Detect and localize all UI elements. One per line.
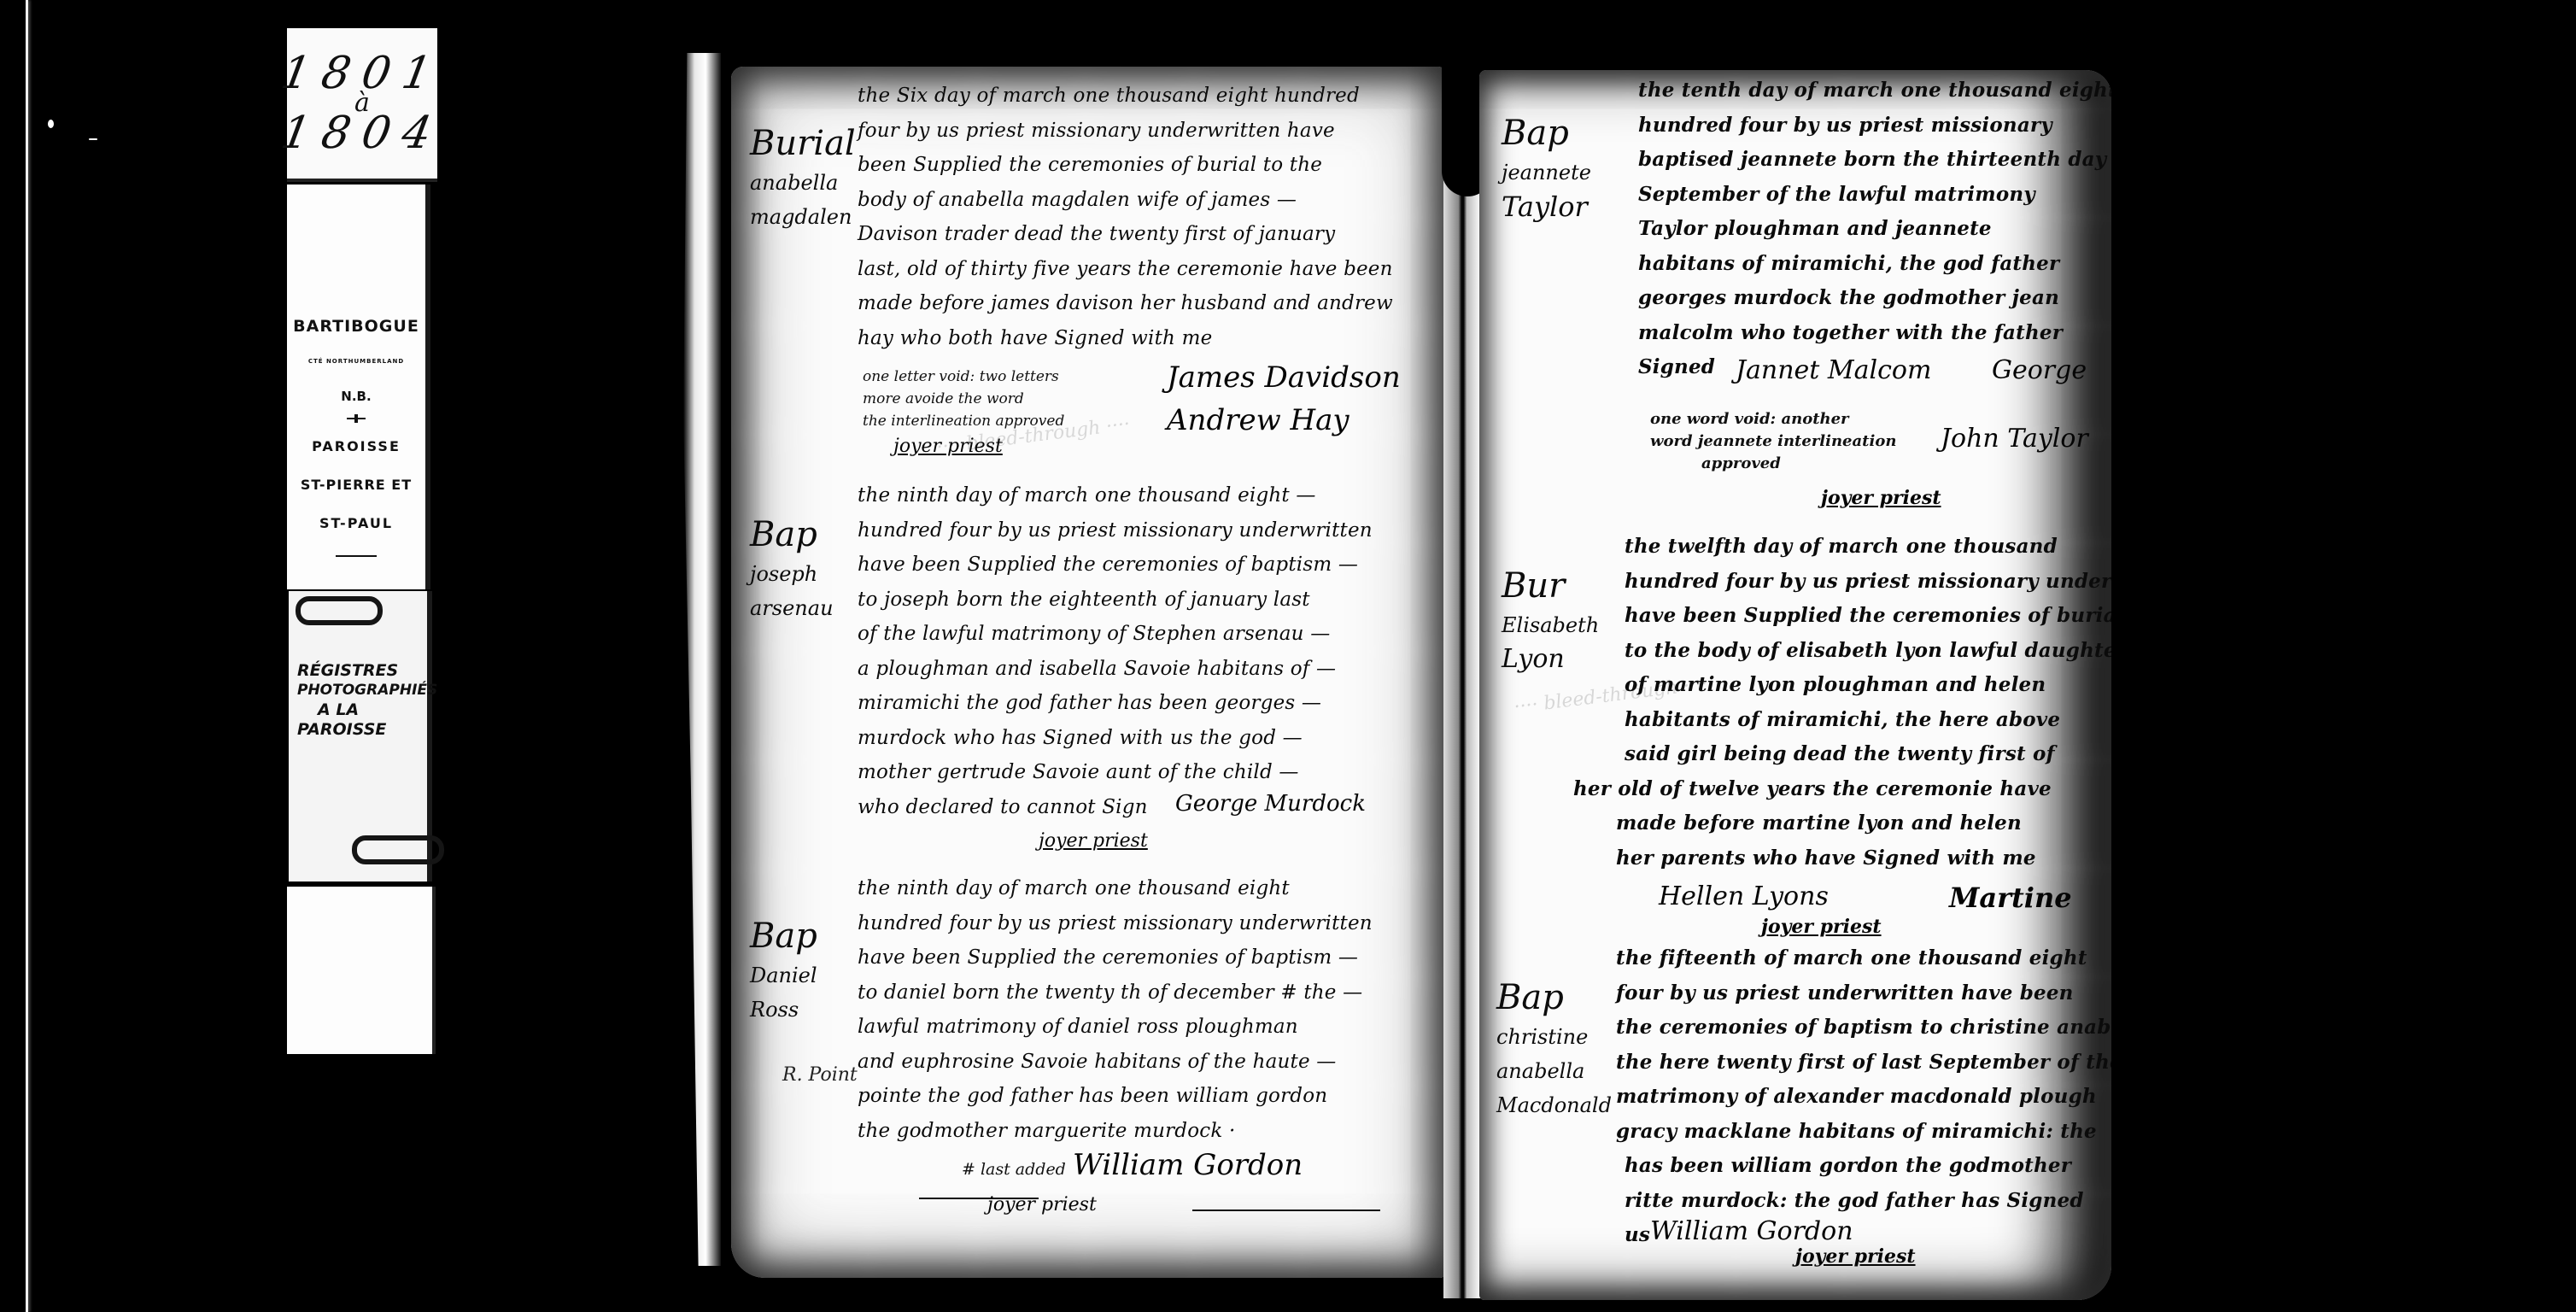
text-line: hundred four by us priest missionary und… xyxy=(858,906,1425,941)
entry-type: Bap xyxy=(1496,978,1564,1017)
entry-text: the twelfth day of march one thousand hu… xyxy=(1625,530,2091,876)
priest-signature: joyer priest xyxy=(1795,1245,1916,1268)
priest-signature: joyer priest xyxy=(893,436,1003,457)
entry-margin: Bap jeannete Taylor xyxy=(1502,111,1604,224)
text-line: have been Supplied the ceremonies of bur… xyxy=(1625,599,2091,634)
margin-name: Daniel xyxy=(750,958,852,993)
text-line: lawful matrimony of daniel ross ploughma… xyxy=(858,1010,1425,1045)
film-speck xyxy=(89,138,97,140)
margin-name: Elisabeth xyxy=(1502,608,1604,642)
text-line: said girl being dead the twenty first of xyxy=(1625,737,2091,772)
text-line: four by us priest missionary underwritte… xyxy=(858,114,1425,149)
margin-name: magdalen xyxy=(750,200,852,234)
entry-margin: Burial anabella magdalen xyxy=(750,121,852,234)
text-line: habitans of miramichi, the god father xyxy=(1638,247,2091,282)
paper-clip-icon xyxy=(352,835,444,864)
signature: Hellen Lyons xyxy=(1659,881,1829,911)
signature: George Murdock xyxy=(1175,791,1366,817)
margin-name: Taylor xyxy=(1502,190,1604,224)
signature: William Gordon xyxy=(1650,1216,1853,1246)
place-name: BARTIBOGUE xyxy=(293,317,419,336)
tag-blank-end xyxy=(287,887,436,1054)
text-line: September of the lawful matrimony xyxy=(1638,178,2091,213)
flourish-line xyxy=(1192,1209,1380,1211)
register-right-page: ···· bleed-through ···· Bap jeannete Tay… xyxy=(1479,70,2111,1300)
margin-name: jeannete xyxy=(1502,155,1604,190)
note-line: one letter void: two letters xyxy=(863,366,1064,388)
text-line: hay who both have Signed with me xyxy=(858,321,1425,356)
correction-note: one word void: another word jeannete int… xyxy=(1650,408,1896,475)
entry-text: the ninth day of march one thousand eigh… xyxy=(858,871,1425,1148)
text-line: malcolm who together with the father xyxy=(1638,316,2091,351)
signature: George xyxy=(1992,355,2087,385)
margin-name: Macdonald xyxy=(1496,1088,1599,1122)
film-speck xyxy=(48,120,54,128)
text-line: miramichi the god father has been george… xyxy=(858,686,1425,721)
signature: Martine xyxy=(1949,881,2072,914)
entry-type: Bap xyxy=(750,917,817,956)
text-line: hundred four by us priest missionary und… xyxy=(1625,565,2091,600)
text-line: the fifteenth of march one thousand eigh… xyxy=(1616,941,2091,976)
parish-label: PAROISSE xyxy=(312,438,401,454)
saints-line-2: ST-PAUL xyxy=(319,515,393,531)
signature: John Taylor xyxy=(1941,424,2088,454)
text-line: baptised jeannete born the thirteenth da… xyxy=(1638,143,2091,178)
text-line: a ploughman and isabella Savoie habitans… xyxy=(858,652,1425,687)
note-line: approved xyxy=(1650,453,1896,475)
text-line: made before martine lyon and helen xyxy=(1616,806,2091,841)
note-line: more avoide the word xyxy=(863,388,1064,410)
text-line: body of anabella magdalen wife of james … xyxy=(858,183,1425,218)
priest-signature: joyer priest xyxy=(1821,487,1941,509)
text-line: of martine lyon ploughman and helen xyxy=(1625,668,2091,703)
entry-type: Bur xyxy=(1502,566,1565,606)
text-line: pointe the god father has been william g… xyxy=(858,1079,1425,1114)
entry-type: Bap xyxy=(750,515,817,554)
film-edge-line xyxy=(26,0,28,1312)
parish-label-tag: BARTIBOGUE CTÉ NORTHUMBERLAND N.B. PAROI… xyxy=(287,184,430,589)
year-range-label: 1801 à 1804 xyxy=(287,28,437,182)
note-line: PHOTOGRAPHIÉS xyxy=(297,681,427,700)
margin-name: Ross xyxy=(750,993,852,1027)
text-line: to joseph born the eighteenth of january… xyxy=(858,583,1425,618)
text-line: four by us priest underwritten have been xyxy=(1616,976,2091,1011)
text-line: her parents who have Signed with me xyxy=(1616,841,2091,876)
text-line: the here twenty first of last September … xyxy=(1616,1045,2091,1081)
signature: James Davidson xyxy=(1167,360,1401,395)
margin-name: joseph xyxy=(750,557,852,591)
note-line: word jeannete interlineation xyxy=(1650,430,1896,453)
text-line: of the lawful matrimony of Stephen arsen… xyxy=(858,617,1425,652)
margin-name: christine xyxy=(1496,1020,1599,1054)
entry-type: Burial xyxy=(750,124,856,163)
entry-text: the tenth day of march one thousand eigh… xyxy=(1638,73,2091,385)
text-line: the godmother marguerite murdock · xyxy=(858,1114,1425,1149)
text-line: made before james davison her husband an… xyxy=(858,286,1425,321)
province-name: N.B. xyxy=(341,389,371,404)
margin-name: arsenau xyxy=(750,591,852,625)
entry-text: the fifteenth of march one thousand eigh… xyxy=(1616,941,2091,1253)
text-line: the tenth day of march one thousand eigh… xyxy=(1638,73,2091,108)
text-line: the twelfth day of march one thousand xyxy=(1625,530,2091,565)
signature: Jannet Malcom xyxy=(1736,355,1931,385)
correction-note: one letter void: two letters more avoide… xyxy=(863,366,1064,432)
text-line: to daniel born the twenty th of december… xyxy=(858,975,1425,1010)
text-line: her old of twelve years the ceremonie ha… xyxy=(1573,772,2091,807)
note-line: one word void: another xyxy=(1650,408,1896,430)
margin-name: anabella xyxy=(750,166,852,200)
text-line: mother gertrude Savoie aunt of the child… xyxy=(858,755,1425,790)
text-line: and euphrosine Savoie habitans of the ha… xyxy=(858,1045,1425,1080)
note-line: the interlineation approved xyxy=(863,410,1064,432)
text-line: gracy macklane habitans of miramichi: th… xyxy=(1616,1115,2091,1150)
entry-text: the ninth day of march one thousand eigh… xyxy=(858,478,1425,824)
book-cover-edge xyxy=(683,53,721,1266)
text-line: Taylor ploughman and jeannete xyxy=(1638,212,2091,247)
text-line: been Supplied the ceremonies of burial t… xyxy=(858,148,1425,183)
county-name: CTÉ NORTHUMBERLAND xyxy=(308,358,404,365)
text-line: matrimony of alexander macdonald plough xyxy=(1616,1080,2091,1115)
text-line: murdock who has Signed with us the god — xyxy=(858,721,1425,756)
signature: Andrew Hay xyxy=(1167,403,1349,437)
entry-text: the Six day of march one thousand eight … xyxy=(858,79,1425,355)
paper-clip-icon xyxy=(296,596,383,625)
text-line: the ceremonies of baptism to christine a… xyxy=(1616,1010,2091,1045)
priest-signature: joyer priest xyxy=(987,1194,1097,1215)
saints-line-1: ST-PIERRE ET xyxy=(301,477,412,493)
text-line: the Six day of march one thousand eight … xyxy=(858,79,1425,114)
text-line: have been Supplied the ceremonies of bap… xyxy=(858,940,1425,975)
text-line: Davison trader dead the twenty first of … xyxy=(858,217,1425,252)
text-line: last, old of thirty five years the cerem… xyxy=(858,252,1425,287)
signature: William Gordon xyxy=(1073,1148,1303,1182)
note-line: A LA xyxy=(297,700,427,720)
margin-name: anabella xyxy=(1496,1054,1599,1088)
register-left-page: ···· bleed-through ···· Burial anabella … xyxy=(731,67,1445,1278)
text-line: hundred four by us priest missionary xyxy=(1638,108,2091,143)
text-line: have been Supplied the ceremonies of bap… xyxy=(858,548,1425,583)
entry-type: Bap xyxy=(1502,114,1569,153)
book-gutter xyxy=(1443,60,1481,1298)
text-line: georges murdock the godmother jean xyxy=(1638,281,2091,316)
text-line: the ninth day of march one thousand eigh… xyxy=(858,871,1425,906)
note-line: RÉGISTRES xyxy=(297,661,427,681)
year-end: 1804 xyxy=(278,112,446,155)
text-line: the ninth day of march one thousand eigh… xyxy=(858,478,1425,513)
entry-margin: Bap Daniel Ross xyxy=(750,914,852,1027)
cross-ornament-icon xyxy=(347,418,366,419)
correction-note: # last added xyxy=(962,1158,1066,1180)
entry-margin: Bap christine anabella Macdonald xyxy=(1496,975,1599,1122)
text-line: habitants of miramichi, the here above xyxy=(1625,703,2091,738)
margin-name: Lyon xyxy=(1502,642,1604,676)
text-line: ritte murdock: the god father has Signed xyxy=(1625,1184,2091,1219)
entry-margin: Bur Elisabeth Lyon xyxy=(1502,564,1604,676)
note-line: PAROISSE xyxy=(297,720,427,740)
divider-ornament xyxy=(336,555,377,557)
text-line: hundred four by us priest missionary und… xyxy=(858,513,1425,548)
entry-margin: Bap joseph arsenau xyxy=(750,512,852,625)
text-line: to the body of elisabeth lyon lawful dau… xyxy=(1625,634,2091,669)
priest-signature: joyer priest xyxy=(1761,916,1882,938)
year-start: 1801 xyxy=(278,52,446,95)
text-line: has been william gordon the godmother xyxy=(1625,1149,2091,1184)
priest-signature: joyer priest xyxy=(1039,830,1148,852)
margin-note: R. Point xyxy=(782,1064,858,1086)
